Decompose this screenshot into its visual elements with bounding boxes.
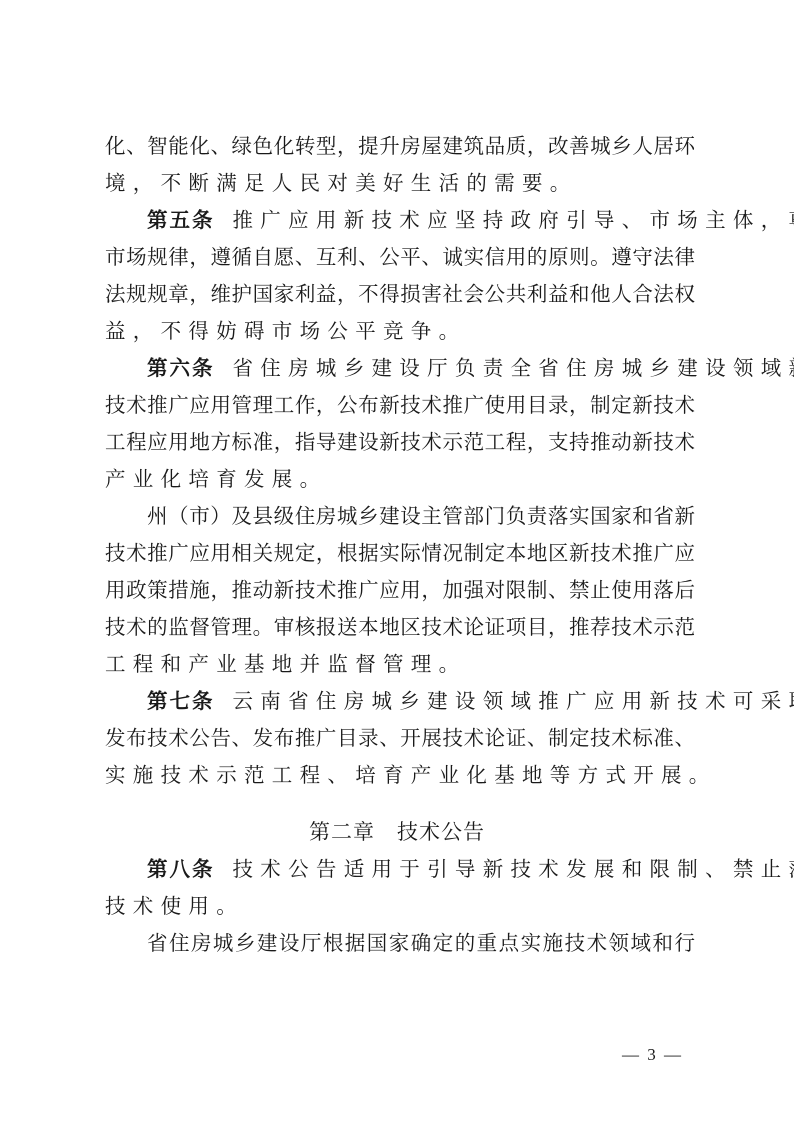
body-line: 化、智能化、绿色化转型，提升房屋建筑品质，改善城乡人居环 [105,131,695,161]
body-line: 用政策措施，推动新技术推广应用，加强对限制、禁止使用落后 [105,575,695,605]
chapter-heading: 第二章技术公告 [0,817,794,847]
body-line: 工程和产业基地并监督管理。 [105,649,695,679]
document-page: 化、智能化、绿色化转型，提升房屋建筑品质，改善城乡人居环 境，不断满足人民对美好… [0,0,794,1123]
article-6: 第六条省住房城乡建设厅负责全省住房城乡建设领域新 [105,353,695,383]
chapter-title: 技术公告 [397,820,485,844]
article-7: 第七条云南省住房城乡建设领域推广应用新技术可采取 [105,686,695,716]
article-text: 技术公告适用于引导新技术发展和限制、禁止落后 [233,857,794,881]
article-label: 第五条 [147,208,215,232]
body-line: 法规规章，维护国家利益，不得损害社会公共利益和他人合法权 [105,279,695,309]
body-line: 省住房城乡建设厅根据国家确定的重点实施技术领域和行 [105,928,695,958]
body-line: 发布技术公告、发布推广目录、开展技术论证、制定技术标准、 [105,723,695,753]
article-text: 省住房城乡建设厅负责全省住房城乡建设领域新 [233,356,794,380]
body-line: 产业化培育发展。 [105,464,695,494]
body-line: 工程应用地方标准，指导建设新技术示范工程，支持推动新技术 [105,427,695,457]
article-label: 第七条 [147,689,215,713]
chapter-number: 第二章 [309,820,375,844]
body-line: 技术推广应用相关规定，根据实际情况制定本地区新技术推广应 [105,538,695,568]
body-line: 技术的监督管理。审核报送本地区技术论证项目，推荐技术示范 [105,612,695,642]
body-line: 境，不断满足人民对美好生活的需要。 [105,168,695,198]
body-line: 实施技术示范工程、培育产业化基地等方式开展。 [105,760,695,790]
article-label: 第六条 [147,356,215,380]
article-text: 推广应用新技术应坚持政府引导、市场主体，尊重 [233,208,794,232]
page-number: — 3 — [622,1042,683,1068]
body-line: 益，不得妨碍市场公平竞争。 [105,316,695,346]
body-line: 市场规律，遵循自愿、互利、公平、诚实信用的原则。遵守法律 [105,242,695,272]
article-label: 第八条 [147,857,215,881]
article-8: 第八条技术公告适用于引导新技术发展和限制、禁止落后 [105,854,695,884]
article-text: 云南省住房城乡建设领域推广应用新技术可采取 [233,689,794,713]
article-5: 第五条推广应用新技术应坚持政府引导、市场主体，尊重 [105,205,695,235]
body-line: 技术使用。 [105,891,695,921]
body-line: 技术推广应用管理工作，公布新技术推广使用目录，制定新技术 [105,390,695,420]
body-line: 州（市）及县级住房城乡建设主管部门负责落实国家和省新 [105,501,695,531]
